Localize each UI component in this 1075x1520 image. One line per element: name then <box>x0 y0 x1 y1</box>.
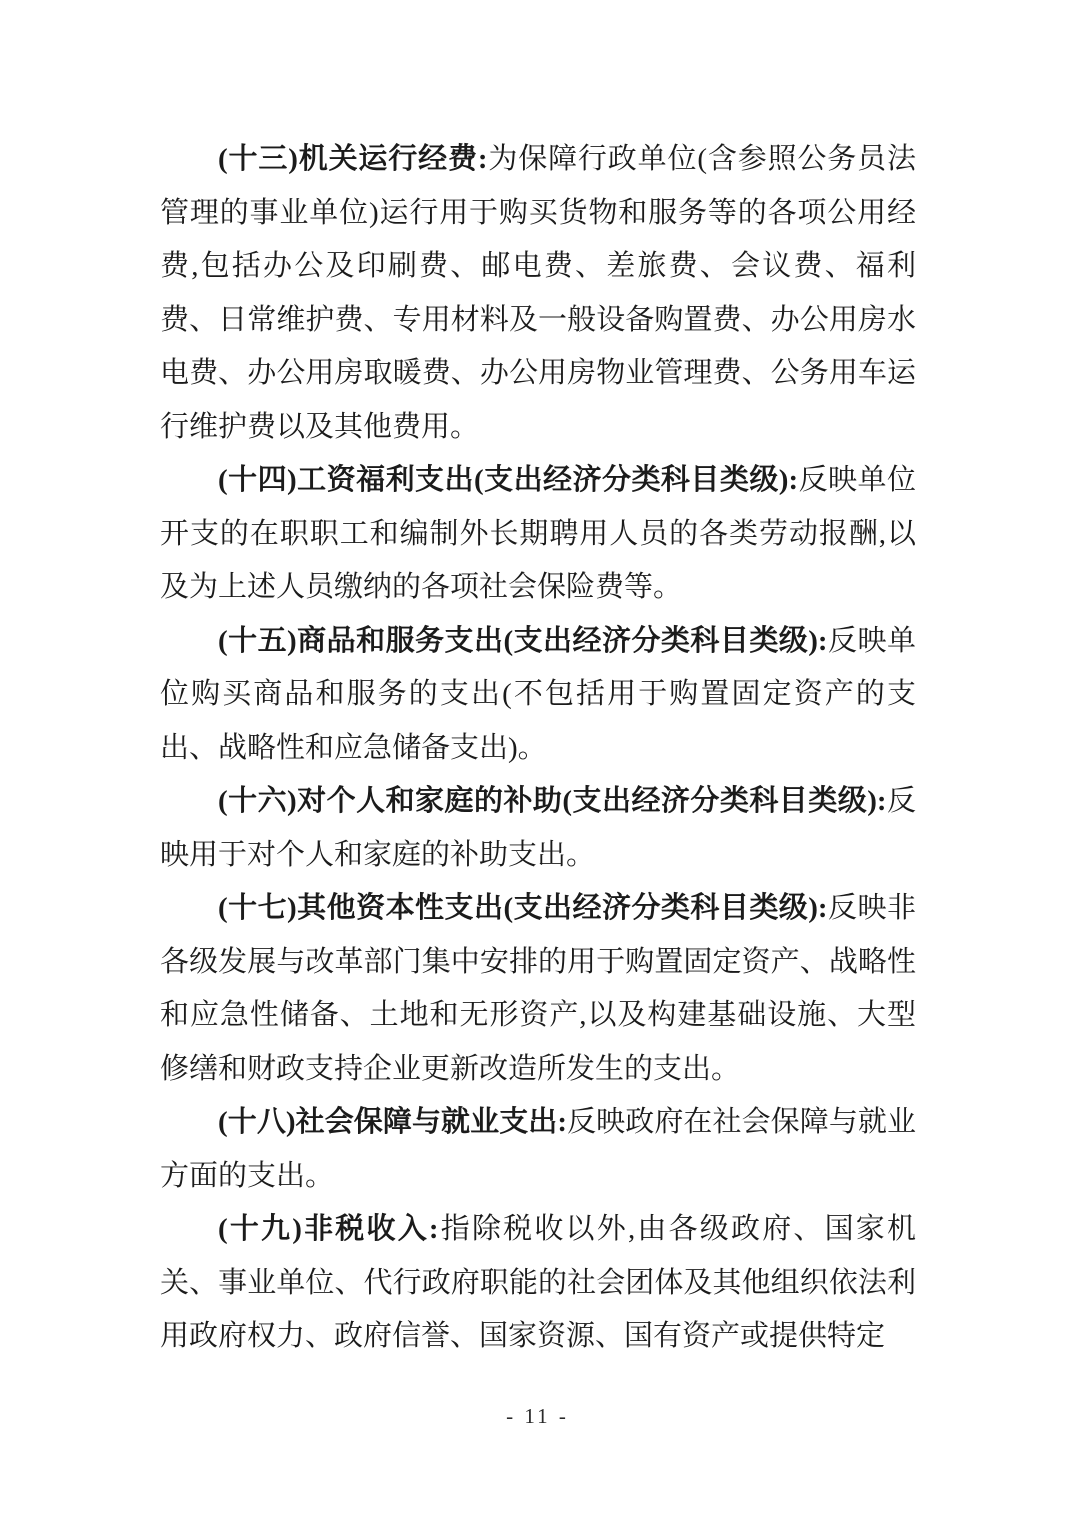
term-heading: (十五)商品和服务支出(支出经济分类科目类级): <box>218 625 828 657</box>
term-heading: (十三)机关运行经费: <box>218 143 488 175</box>
paragraph-body: 为保障行政单位(含参照公务员法管理的事业单位)运行用于购买货物和服务等的各项公用… <box>160 143 916 443</box>
term-heading: (十六)对个人和家庭的补助(支出经济分类科目类级): <box>218 785 887 817</box>
document-body: (十三)机关运行经费:为保障行政单位(含参照公务员法管理的事业单位)运行用于购买… <box>160 133 916 1364</box>
paragraph-item-14: (十四)工资福利支出(支出经济分类科目类级):反映单位开支的在职职工和编制外长期… <box>160 454 916 615</box>
term-heading: (十九)非税收入: <box>218 1213 439 1245</box>
paragraph-item-18: (十八)社会保障与就业支出:反映政府在社会保障与就业方面的支出。 <box>160 1096 916 1203</box>
paragraph-item-16: (十六)对个人和家庭的补助(支出经济分类科目类级):反映用于对个人和家庭的补助支… <box>160 775 916 882</box>
term-heading: (十八)社会保障与就业支出: <box>218 1106 567 1138</box>
term-heading: (十四)工资福利支出(支出经济分类科目类级): <box>218 464 798 496</box>
document-page: (十三)机关运行经费:为保障行政单位(含参照公务员法管理的事业单位)运行用于购买… <box>0 0 1075 1520</box>
paragraph-item-15: (十五)商品和服务支出(支出经济分类科目类级):反映单位购买商品和服务的支出(不… <box>160 615 916 776</box>
page-number: - 11 - <box>0 1402 1075 1430</box>
term-heading: (十七)其他资本性支出(支出经济分类科目类级): <box>218 892 828 924</box>
paragraph-item-19: (十九)非税收入:指除税收以外,由各级政府、国家机关、事业单位、代行政府职能的社… <box>160 1203 916 1364</box>
paragraph-item-13: (十三)机关运行经费:为保障行政单位(含参照公务员法管理的事业单位)运行用于购买… <box>160 133 916 454</box>
paragraph-item-17: (十七)其他资本性支出(支出经济分类科目类级):反映非各级发展与改革部门集中安排… <box>160 882 916 1096</box>
